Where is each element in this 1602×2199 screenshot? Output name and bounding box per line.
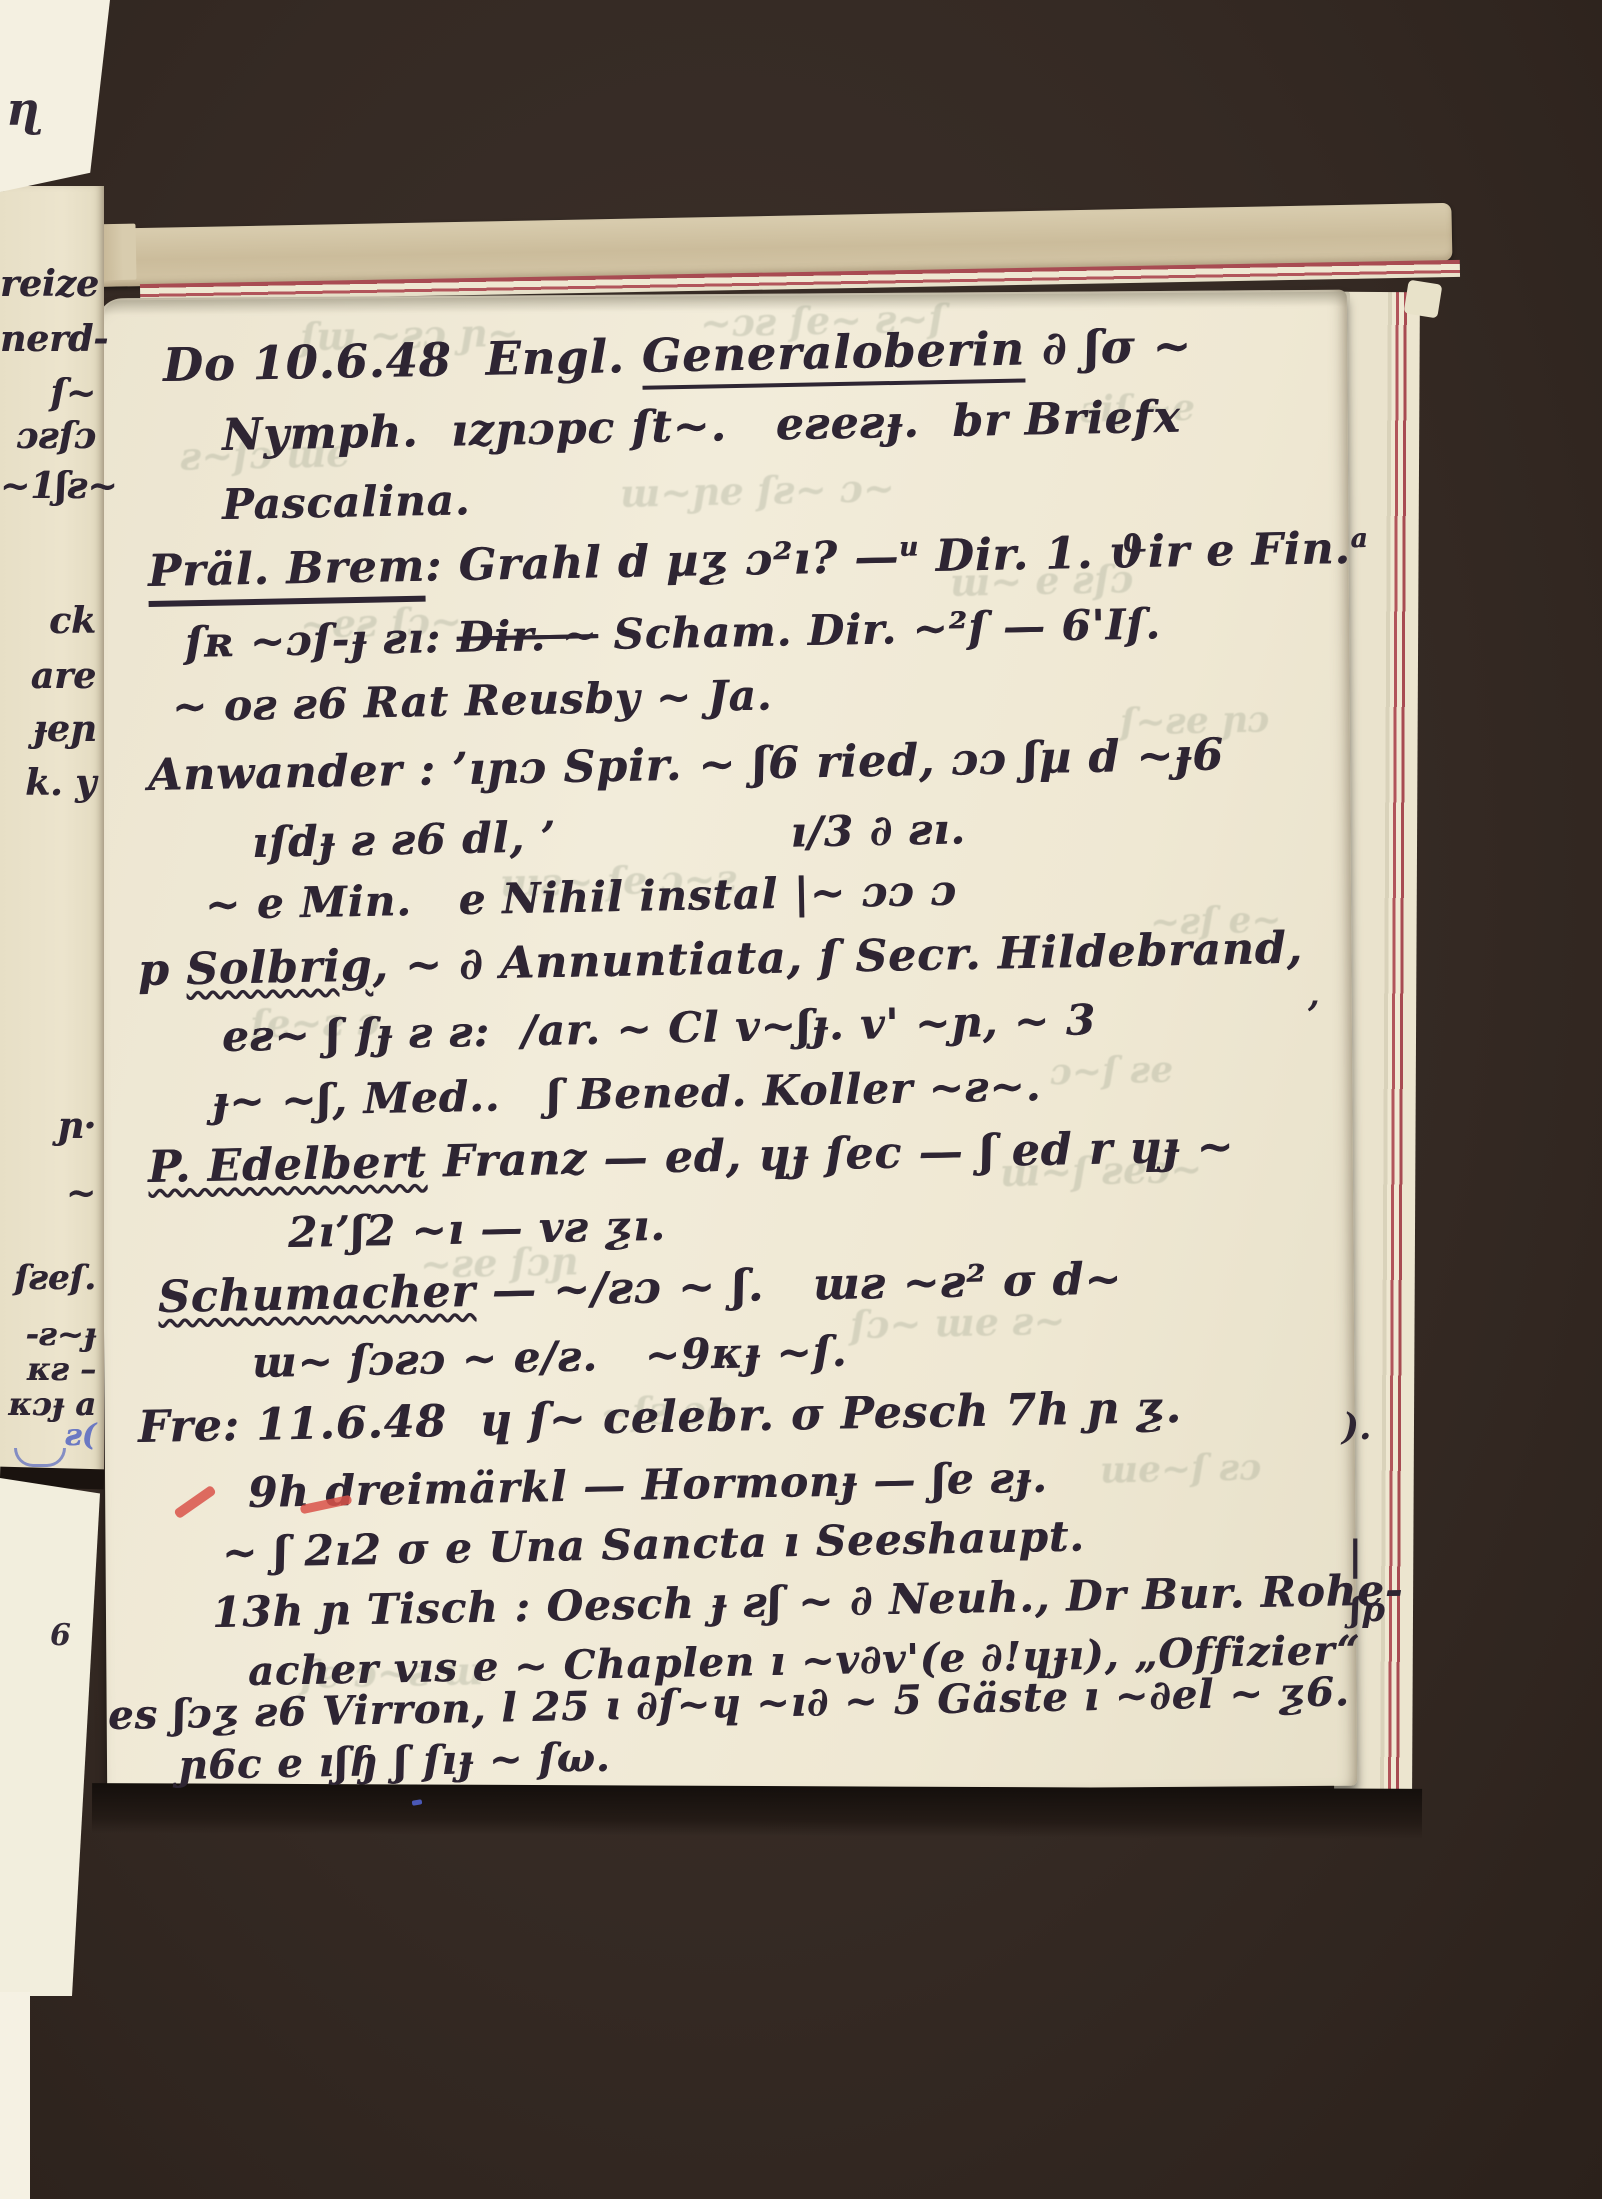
red-pencil-mark (173, 1485, 216, 1520)
red-pencil-mark (300, 1495, 353, 1515)
pencil-marks-layer (0, 0, 1602, 2199)
blue-ink-mark (412, 1799, 423, 1806)
photo-background: ſɯ ~ƨɔ ɲ~~ɔƨ ſe~ ƨ~ſƨ~ſɔ ɯeɯ~ɲe ſƨ~ ɔ~ƨi… (0, 0, 1602, 2199)
